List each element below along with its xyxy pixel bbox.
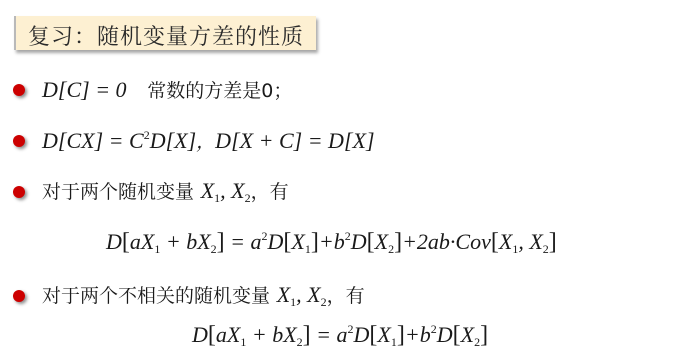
bullet-3-vars: X1, X2 (201, 178, 251, 203)
formula-variance-constant: D[C] = 0 (42, 77, 127, 102)
title-box: 复习：随机变量方差的性质 (14, 16, 316, 50)
bullet-2: D[CX] = C2D[X]，D[X + C] = D[X] (42, 127, 375, 154)
bullet-dot-icon (13, 84, 25, 96)
bullet-4: 对于两个不相关的随机变量 X1, X2，有 (42, 281, 365, 310)
bullet-dot-icon (13, 186, 25, 198)
formula-variance-scale-shift: D[CX] = C2D[X]，D[X + C] = D[X] (42, 128, 375, 153)
formula-variance-sum: D[aX1 + bX2] = a2D[X1]+b2D[X2]+2ab·Cov[X… (106, 229, 557, 257)
bullet-4-suffix: ，有 (327, 285, 365, 307)
bullet-3-suffix: ，有 (251, 181, 289, 203)
bullet-3-text: 对于两个随机变量 (42, 181, 194, 203)
bullet-4-text: 对于两个不相关的随机变量 (42, 285, 270, 307)
bullet-4-vars: X1, X2 (277, 282, 327, 307)
bullet-1-text: 常数的方差是0； (147, 80, 292, 102)
page-title: 复习：随机变量方差的性质 (28, 20, 304, 51)
bullet-3: 对于两个随机变量 X1, X2，有 (42, 177, 289, 206)
bullet-1: D[C] = 0 常数的方差是0； (42, 76, 292, 103)
formula-variance-uncorrelated: D[aX1 + bX2] = a2D[X1]+b2D[X2] (192, 322, 488, 350)
bullet-dot-icon (13, 290, 25, 302)
bullet-dot-icon (13, 135, 25, 147)
